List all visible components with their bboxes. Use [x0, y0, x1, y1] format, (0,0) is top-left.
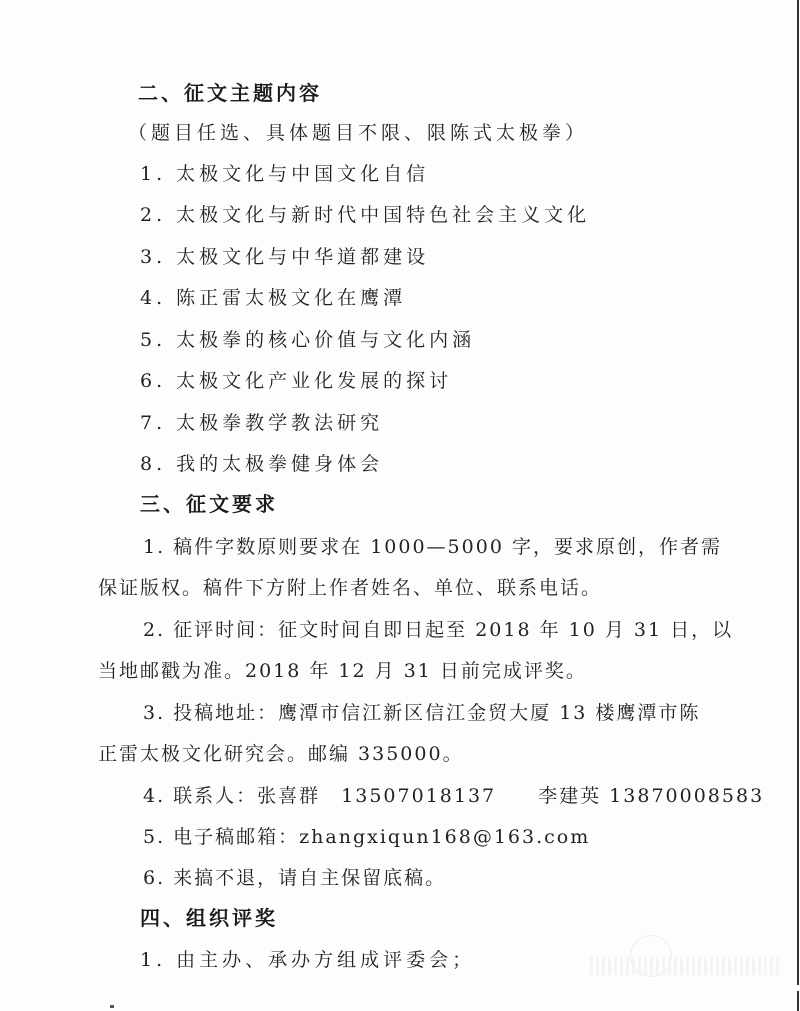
requirement-2-line-1: 2. 征评时间：征文时间自即日起至 2018 年 10 月 31 日，以 [143, 618, 733, 642]
page-edge-line-lower [797, 991, 799, 1011]
section-2-note: （题目任选、具体题目不限、限陈式太极拳） [128, 121, 588, 145]
section-4-heading: 四、组织评奖 [140, 906, 278, 930]
requirement-3-line-1: 3. 投稿地址：鹰潭市信江新区信江金贸大厦 13 楼鹰潭市陈 [143, 701, 700, 725]
requirement-1-line-2: 保证版权。稿件下方附上作者姓名、单位、联系电话。 [98, 576, 602, 600]
topic-item-8: 8. 我的太极拳健身体会 [140, 452, 383, 476]
requirement-1-line-1: 1. 稿件字数原则要求在 1000—5000 字，要求原创，作者需 [143, 535, 722, 559]
section-2-heading: 二、征文主题内容 [138, 81, 322, 105]
requirement-5-email: 5. 电子稿邮箱：zhangxiqun168@163.com [143, 825, 590, 849]
topic-item-2: 2. 太极文化与新时代中国特色社会主义文化 [140, 203, 590, 227]
requirement-3-line-2: 正雷太极文化研究会。邮编 335000。 [98, 742, 464, 766]
watermark-text [590, 957, 780, 975]
requirement-2-line-2: 当地邮戳为准。2018 年 12 月 31 日前完成评奖。 [98, 659, 587, 683]
document-page: 二、征文主题内容 （题目任选、具体题目不限、限陈式太极拳） 1. 太极文化与中国… [0, 0, 800, 1011]
topic-item-3: 3. 太极文化与中华道都建设 [140, 245, 429, 269]
award-item-1: 1. 由主办、承办方组成评委会； [140, 948, 475, 972]
topic-item-6: 6. 太极文化产业化发展的探讨 [140, 369, 452, 393]
requirement-4-contacts: 4. 联系人：张喜群 13507018137 李建英 13870008583 [143, 784, 764, 808]
topic-item-4: 4. 陈正雷太极文化在鹰潭 [140, 286, 406, 310]
topic-item-1: 1. 太极文化与中国文化自信 [140, 162, 429, 186]
requirement-6-note: 6. 来搞不退，请自主保留底稿。 [143, 866, 446, 890]
topic-item-5: 5. 太极拳的核心价值与文化内涵 [140, 328, 475, 352]
section-3-heading: 三、征文要求 [140, 492, 278, 516]
scan-artifact [110, 1005, 114, 1008]
page-edge-line [797, 0, 799, 985]
watermark-logo [590, 935, 790, 985]
topic-item-7: 7. 太极拳教学教法研究 [140, 411, 383, 435]
